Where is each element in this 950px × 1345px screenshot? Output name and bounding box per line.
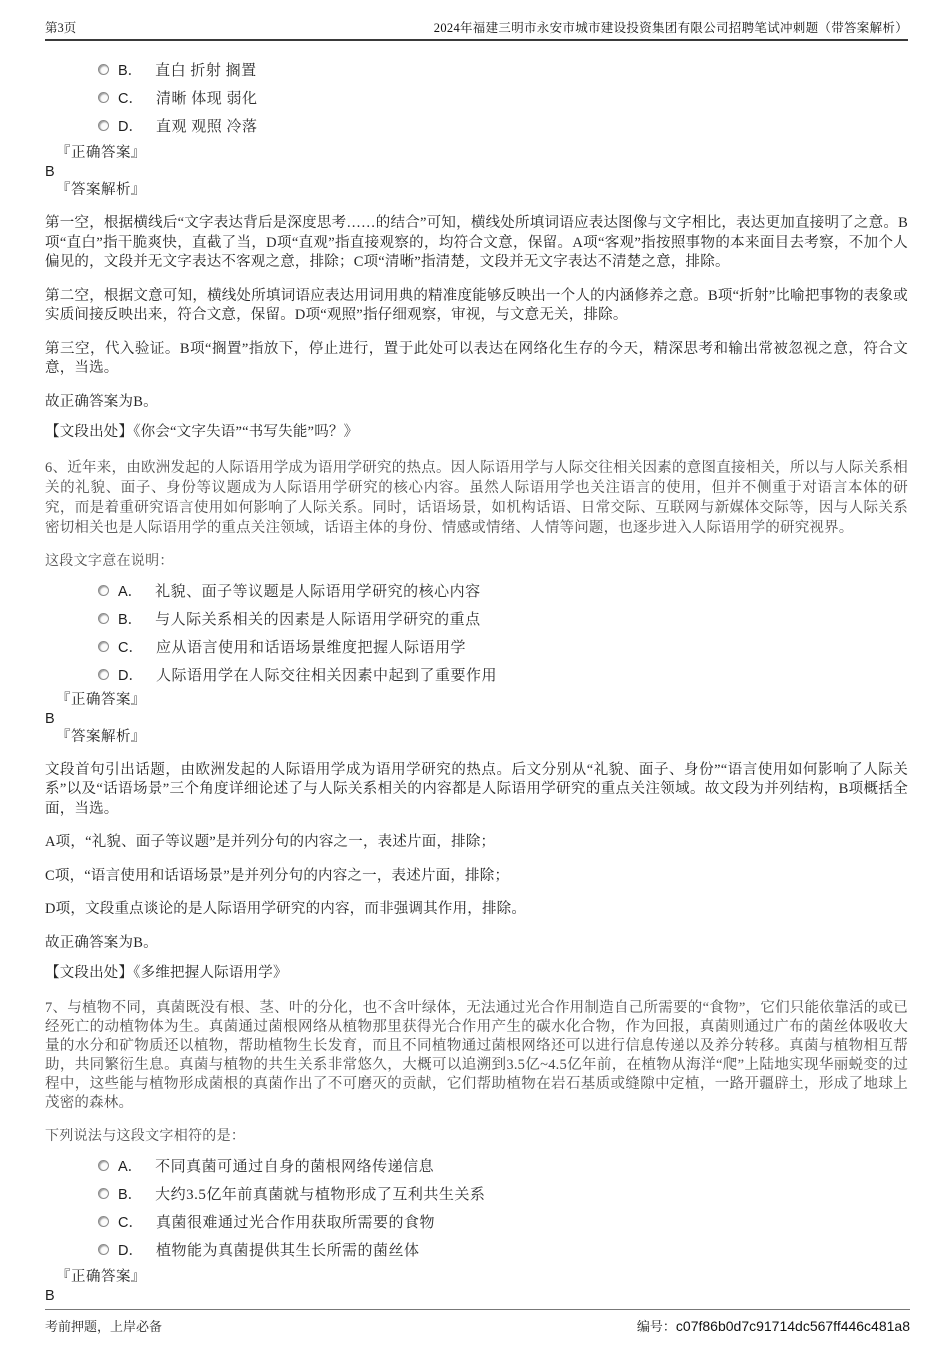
q7-option-c[interactable]: C． 真菌很难通过光合作用获取所需要的食物 (45, 1208, 908, 1236)
radio-button-icon[interactable] (98, 613, 109, 624)
option-letter: D． (118, 1239, 143, 1260)
option-text: 不同真菌可通过自身的菌根网络传递信息 (155, 1155, 434, 1176)
radio-button-icon[interactable] (98, 120, 109, 131)
q6-option-a[interactable]: A． 礼貌、面子等议题是人际语用学研究的核心内容 (45, 577, 908, 605)
option-text: 礼貌、面子等议题是人际语用学研究的核心内容 (155, 580, 481, 601)
correct-answer-value: B (45, 710, 908, 728)
option-letter: A． (118, 1155, 142, 1176)
page-header: 第3页 2024年福建三明市永安市城市建设投资集团有限公司招聘笔试冲刺题（带答案… (45, 18, 908, 41)
q7-option-b[interactable]: B． 大约3.5亿年前真菌就与植物形成了互利共生关系 (45, 1180, 908, 1208)
q5-answer-block: 『正确答案』 B 『答案解析』 (45, 144, 908, 200)
option-text: 人际语用学在人际交往相关因素中起到了重要作用 (156, 664, 497, 685)
radio-button-icon[interactable] (98, 1188, 109, 1199)
option-letter: B． (118, 608, 142, 629)
option-text: 与人际关系相关的因素是人际语用学研究的重点 (155, 608, 481, 629)
q7-option-a[interactable]: A． 不同真菌可通过自身的菌根网络传递信息 (45, 1152, 908, 1180)
correct-answer-value: B (45, 163, 908, 181)
document-page: 第3页 2024年福建三明市永安市城市建设投资集团有限公司招聘笔试冲刺题（带答案… (0, 0, 950, 1345)
correct-answer-label: 『正确答案』 (56, 1268, 908, 1287)
q6-option-b[interactable]: B． 与人际关系相关的因素是人际语用学研究的重点 (45, 605, 908, 633)
radio-button-icon[interactable] (98, 641, 109, 652)
option-text: 直白 折射 搁置 (155, 59, 257, 80)
option-letter: D． (118, 115, 143, 136)
correct-answer-value: B (45, 1287, 908, 1305)
radio-button-icon[interactable] (98, 1216, 109, 1227)
option-text: 大约3.5亿年前真菌就与植物形成了互利共生关系 (155, 1183, 485, 1204)
page-number: 第3页 (45, 18, 76, 36)
option-text: 清晰 体现 弱化 (156, 87, 258, 108)
doc-number-value: c07f86b0d7c91714dc567ff446c481a8 (676, 1318, 910, 1334)
q6-analysis-paragraph: A项，“礼貌、面子等议题”是并列分句的内容之一，表述片面，排除； (45, 833, 908, 853)
doc-number: 编号：c07f86b0d7c91714dc567ff446c481a8 (637, 1316, 910, 1335)
page-footer: 考前押题，上岸必备 编号：c07f86b0d7c91714dc567ff446c… (45, 1309, 910, 1335)
option-letter: D． (118, 664, 143, 685)
radio-button-icon[interactable] (98, 669, 109, 680)
doc-number-label: 编号： (637, 1319, 676, 1334)
q7-passage: 7、与植物不同，真菌既没有根、茎、叶的分化，也不含叶绿体，无法通过光合作用制造自… (45, 999, 908, 1113)
q7-prompt: 下列说法与这段文字相符的是： (45, 1127, 908, 1146)
q6-source: 【文段出处】《多维把握人际语用学》 (45, 964, 908, 984)
option-letter: C． (118, 636, 143, 657)
q6-passage: 6、近年来，由欧洲发起的人际语用学成为语用学研究的热点。因人际语用学与人际交往相… (45, 458, 908, 538)
option-text: 植物能为真菌提供其生长所需的菌丝体 (156, 1239, 420, 1260)
q6-option-c[interactable]: C． 应从语言使用和话语场景维度把握人际语用学 (45, 633, 908, 661)
correct-answer-label: 『正确答案』 (56, 691, 908, 710)
radio-button-icon[interactable] (98, 1244, 109, 1255)
q6-prompt: 这段文字意在说明： (45, 552, 908, 571)
q6-options: A． 礼貌、面子等议题是人际语用学研究的核心内容 B． 与人际关系相关的因素是人… (45, 577, 908, 689)
option-text: 直观 观照 冷落 (156, 115, 258, 136)
q6-analysis-paragraph: C项，“语言使用和话语场景”是并列分句的内容之一，表述片面，排除； (45, 867, 908, 887)
q7-answer-block: 『正确答案』 B (45, 1268, 908, 1305)
q6-analysis-paragraph: D项，文段重点谈论的是人际语用学研究的内容，而非强调其作用，排除。 (45, 900, 908, 920)
q7-options: A． 不同真菌可通过自身的菌根网络传递信息 B． 大约3.5亿年前真菌就与植物形… (45, 1152, 908, 1264)
q6-conclusion: 故正确答案为B。 (45, 934, 908, 954)
option-text: 真菌很难通过光合作用获取所需要的食物 (156, 1211, 435, 1232)
q6-option-d[interactable]: D． 人际语用学在人际交往相关因素中起到了重要作用 (45, 661, 908, 689)
option-letter: B． (118, 59, 142, 80)
q5-analysis-paragraph: 第一空，根据横线后“文字表达背后是深度思考……的结合”可知，横线处所填词语应表达… (45, 214, 908, 273)
q5-source: 【文段出处】《你会“文字失语”“书写失能”吗？》 (45, 423, 908, 443)
q5-option-d[interactable]: D． 直观 观照 冷落 (45, 111, 908, 139)
q5-option-b[interactable]: B． 直白 折射 搁置 (45, 55, 908, 83)
option-text: 应从语言使用和话语场景维度把握人际语用学 (156, 636, 466, 657)
option-letter: C． (118, 1211, 143, 1232)
correct-answer-label: 『正确答案』 (56, 144, 908, 163)
option-letter: A． (118, 580, 142, 601)
option-letter: C． (118, 87, 143, 108)
radio-button-icon[interactable] (98, 1160, 109, 1171)
q6-analysis-paragraph: 文段首句引出话题，由欧洲发起的人际语用学成为语用学研究的热点。后文分别从“礼貌、… (45, 761, 908, 820)
radio-button-icon[interactable] (98, 92, 109, 103)
answer-analysis-label: 『答案解析』 (56, 728, 908, 747)
radio-button-icon[interactable] (98, 585, 109, 596)
q5-option-c[interactable]: C． 清晰 体现 弱化 (45, 83, 908, 111)
page-content: B． 直白 折射 搁置 C． 清晰 体现 弱化 D． 直观 观照 冷落 『正确答… (45, 41, 908, 1305)
q5-options: B． 直白 折射 搁置 C． 清晰 体现 弱化 D． 直观 观照 冷落 (45, 55, 908, 139)
footer-slogan: 考前押题，上岸必备 (45, 1316, 162, 1335)
radio-button-icon[interactable] (98, 64, 109, 75)
q6-answer-block: 『正确答案』 B 『答案解析』 (45, 691, 908, 747)
q5-analysis-paragraph: 第三空，代入验证。B项“搁置”指放下，停止进行，置于此处可以表达在网络化生存的今… (45, 340, 908, 379)
q7-option-d[interactable]: D． 植物能为真菌提供其生长所需的菌丝体 (45, 1236, 908, 1264)
q5-conclusion: 故正确答案为B。 (45, 393, 908, 413)
option-letter: B． (118, 1183, 142, 1204)
doc-title: 2024年福建三明市永安市城市建设投资集团有限公司招聘笔试冲刺题（带答案解析） (434, 18, 908, 36)
answer-analysis-label: 『答案解析』 (56, 181, 908, 200)
q5-analysis-paragraph: 第二空，根据文意可知，横线处所填词语应表达用词用典的精准度能够反映出一个人的内涵… (45, 287, 908, 326)
